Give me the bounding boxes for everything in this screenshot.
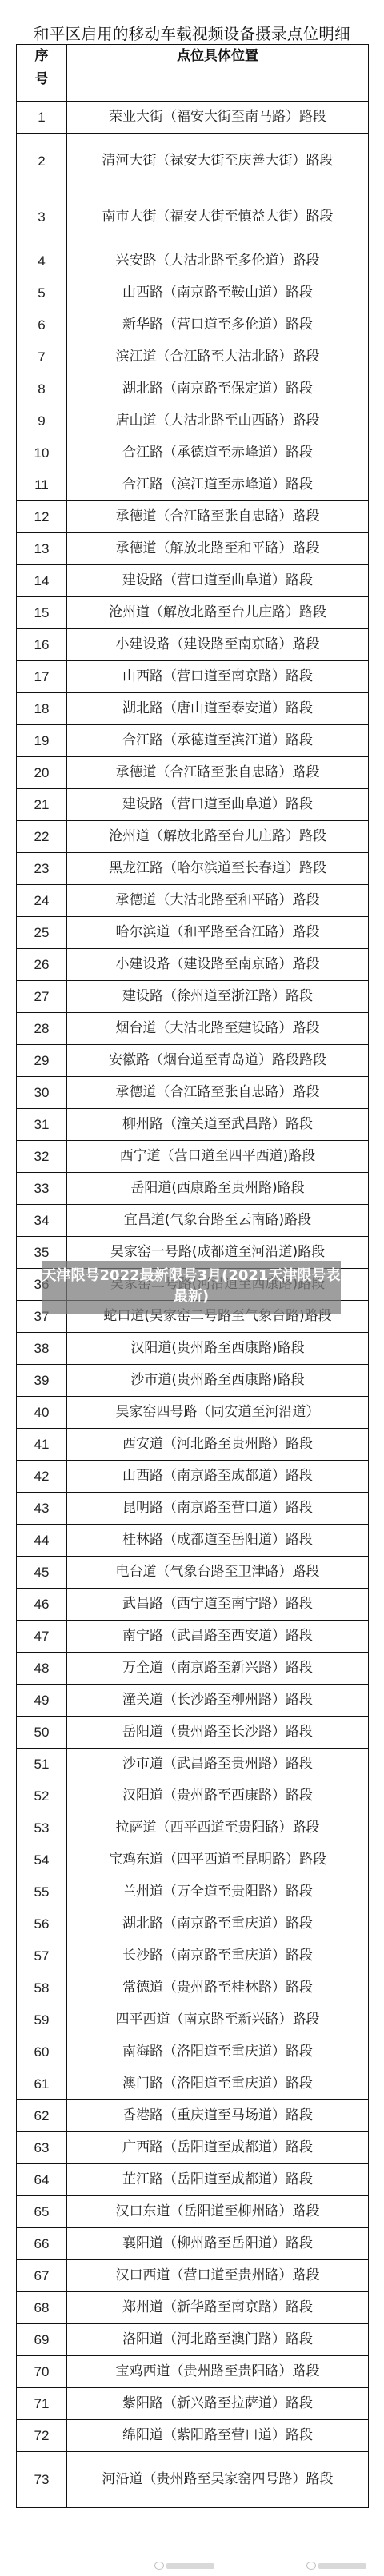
table-row: 66襄阳道（柳州路至岳阳道）路段 — [17, 2228, 369, 2260]
row-location: 建设路（营口道至曲阜道）路段 — [67, 565, 369, 597]
table-row: 63广西路（岳阳道至成都道）路段 — [17, 2132, 369, 2164]
row-location: 合江路（承德道至滨江道）路段 — [67, 725, 369, 757]
row-location: 四平西道（南京路至新兴路）路段 — [67, 2004, 369, 2036]
row-location: 西宁道（营口道至四平西道)路段 — [67, 1141, 369, 1173]
table-row: 72绵阳道（紫阳路至营口道）路段 — [17, 2420, 369, 2452]
row-number: 31 — [17, 1109, 67, 1141]
seq-header-label: 序号 — [35, 45, 49, 91]
row-number: 54 — [17, 1844, 67, 1876]
table-row: 17山西路（营口道至南京路）路段 — [17, 661, 369, 693]
row-number: 26 — [17, 949, 67, 981]
table-row: 29安徽路（烟台道至青岛道）路段路段 — [17, 1045, 369, 1077]
row-location: 合江路（滨江道至赤峰道）路段 — [67, 469, 369, 501]
table-row: 25哈尔滨道（和平路至合江路）路段 — [17, 917, 369, 949]
table-row: 13承德道（解放北路至和平路）路段 — [17, 533, 369, 565]
row-location: 沙市道(贵州路至西康路)路段 — [67, 1365, 369, 1397]
table-row: 61澳门路（洛阳道至重庆道）路段 — [17, 2068, 369, 2100]
table-row: 40吴家窑四号路（同安道至河沿道） — [17, 1397, 369, 1429]
table-row: 14建设路（营口道至曲阜道）路段 — [17, 565, 369, 597]
row-number: 45 — [17, 1557, 67, 1589]
row-number: 14 — [17, 565, 67, 597]
row-location: 湖北路（南京路至重庆道）路段 — [67, 1908, 369, 1940]
table-row: 12承德道（合江路至张自忠路）路段 — [17, 501, 369, 533]
table-row: 65汉口东道（岳阳道至柳州路）路段 — [17, 2196, 369, 2228]
row-number: 16 — [17, 629, 67, 661]
table-row: 16小建设路（建设路至南京路）路段 — [17, 629, 369, 661]
row-location: 新华路（营口道至多伦道）路段 — [67, 309, 369, 341]
table-row: 41西安道（河北路至贵州路）路段 — [17, 1429, 369, 1461]
table-row: 49潼关道（长沙路至柳州路）路段 — [17, 1685, 369, 1717]
table-row: 55兰州道（万全道至贵阳路）路段 — [17, 1876, 369, 1908]
row-location: 建设路（徐州道至浙江路）路段 — [67, 981, 369, 1013]
row-location: 山西路（南京路至成都道）路段 — [67, 1461, 369, 1493]
watermark-text-blur — [166, 2563, 214, 2569]
row-location: 承德道（大沽北路至和平路）路段 — [67, 885, 369, 917]
table-row: 50岳阳道（贵州路至长沙路）路段 — [17, 1717, 369, 1749]
row-number: 20 — [17, 757, 67, 789]
table-row: 31柳州路（潼关道至武昌路）路段 — [17, 1109, 369, 1141]
table-row: 47南宁路（武昌路至西安道）路段 — [17, 1621, 369, 1653]
row-number: 24 — [17, 885, 67, 917]
row-number: 58 — [17, 1972, 67, 2004]
table-row: 33岳阳道(西康路至贵州路)路段 — [17, 1173, 369, 1205]
row-number: 33 — [17, 1173, 67, 1205]
row-number: 12 — [17, 501, 67, 533]
table-row: 73河沿道（贵州路至吴家窑四号路）路段 — [17, 2452, 369, 2508]
row-number: 50 — [17, 1717, 67, 1749]
table-row: 24承德道（大沽北路至和平路）路段 — [17, 885, 369, 917]
row-number: 41 — [17, 1429, 67, 1461]
row-number: 25 — [17, 917, 67, 949]
row-number: 47 — [17, 1621, 67, 1653]
row-location: 岳阳道（贵州路至长沙路）路段 — [67, 1717, 369, 1749]
row-number: 62 — [17, 2100, 67, 2132]
column-header-seq: 序号 — [17, 45, 67, 102]
row-number: 2 — [17, 134, 67, 189]
row-number: 61 — [17, 2068, 67, 2100]
table-row: 4兴安路（大沽北路至多伦道）路段 — [17, 245, 369, 277]
row-number: 6 — [17, 309, 67, 341]
row-number: 28 — [17, 1013, 67, 1045]
table-row: 71紫阳路（新兴路至拉萨道）路段 — [17, 2388, 369, 2420]
table-row: 64芷江路（岳阳道至成都道）路段 — [17, 2164, 369, 2196]
table-row: 54宝鸡东道（四平西道至昆明路）路段 — [17, 1844, 369, 1876]
table-row: 67汉口西道（营口道至贵州路）路段 — [17, 2260, 369, 2292]
row-location: 洛阳道（河北路至澳门路）路段 — [67, 2324, 369, 2356]
row-location: 唐山道（大沽北路至山西路）路段 — [67, 405, 369, 437]
table-row: 22沧州道（解放北路至台儿庄路）路段 — [17, 821, 369, 853]
row-number: 70 — [17, 2356, 67, 2388]
row-location: 澳门路（洛阳道至重庆道）路段 — [67, 2068, 369, 2100]
table-row: 1荣业大街（福安大街至南马路）路段 — [17, 102, 369, 134]
row-number: 9 — [17, 405, 67, 437]
row-location: 潼关道（长沙路至柳州路）路段 — [67, 1685, 369, 1717]
row-location: 郑州道（新华路至南京路）路段 — [67, 2292, 369, 2324]
row-number: 69 — [17, 2324, 67, 2356]
row-number: 52 — [17, 1780, 67, 1812]
table-row: 58常德道（贵州路至桂林路）路段 — [17, 1972, 369, 2004]
row-number: 4 — [17, 245, 67, 277]
table-row: 42山西路（南京路至成都道）路段 — [17, 1461, 369, 1493]
row-location: 滨江道（合江路至大沽北路）路段 — [67, 341, 369, 373]
row-number: 57 — [17, 1940, 67, 1972]
row-number: 5 — [17, 277, 67, 309]
row-location: 宝鸡东道（四平西道至昆明路）路段 — [67, 1844, 369, 1876]
row-location: 宜昌道(气象台路至云南路)路段 — [67, 1205, 369, 1237]
weibo-icon — [306, 2562, 316, 2570]
row-location: 兴安路（大沽北路至多伦道）路段 — [67, 245, 369, 277]
row-location: 芷江路（岳阳道至成都道）路段 — [67, 2164, 369, 2196]
row-location: 汉阳道(贵州路至西康路)路段 — [67, 1333, 369, 1365]
row-location: 武昌路（西宁道至南宁路）路段 — [67, 1589, 369, 1621]
table-row: 23黑龙江路（哈尔滨道至长春道）路段 — [17, 853, 369, 885]
watermark-text-blur — [318, 2563, 366, 2569]
row-number: 71 — [17, 2388, 67, 2420]
row-number: 68 — [17, 2292, 67, 2324]
row-number: 63 — [17, 2132, 67, 2164]
row-location: 承德道（合江路至张自忠路）路段 — [67, 501, 369, 533]
row-number: 73 — [17, 2452, 67, 2508]
table-row: 38汉阳道(贵州路至西康路)路段 — [17, 1333, 369, 1365]
row-number: 46 — [17, 1589, 67, 1621]
row-location: 沙市道（武昌路至贵州路）路段 — [67, 1749, 369, 1780]
table-row: 39沙市道(贵州路至西康路)路段 — [17, 1365, 369, 1397]
table-row: 11合江路（滨江道至赤峰道）路段 — [17, 469, 369, 501]
row-number: 17 — [17, 661, 67, 693]
row-number: 56 — [17, 1908, 67, 1940]
row-number: 60 — [17, 2036, 67, 2068]
table-row: 28烟台道（大沽北路至建设路）路段 — [17, 1013, 369, 1045]
table-row: 46武昌路（西宁道至南宁路）路段 — [17, 1589, 369, 1621]
table-header-row: 序号 点位具体位置 — [17, 45, 369, 102]
table-row: 3南市大街（福安大街至慎益大街）路段 — [17, 189, 369, 245]
row-number: 64 — [17, 2164, 67, 2196]
row-location: 昆明路（南京路至营口道）路段 — [67, 1493, 369, 1525]
row-number: 53 — [17, 1812, 67, 1844]
row-location: 小建设路（建设路至南京路）路段 — [67, 629, 369, 661]
row-location: 紫阳路（新兴路至拉萨道）路段 — [67, 2388, 369, 2420]
row-number: 30 — [17, 1077, 67, 1109]
row-number: 43 — [17, 1493, 67, 1525]
row-number: 3 — [17, 189, 67, 245]
table-row: 15沧州道（解放北路至台儿庄路）路段 — [17, 597, 369, 629]
table-row: 6新华路（营口道至多伦道）路段 — [17, 309, 369, 341]
table-row: 2清河大街（禄安大街至庆善大街）路段 — [17, 134, 369, 189]
column-header-location: 点位具体位置 — [67, 45, 369, 102]
row-location: 安徽路（烟台道至青岛道）路段路段 — [67, 1045, 369, 1077]
row-location: 荣业大街（福安大街至南马路）路段 — [67, 102, 369, 134]
row-number: 72 — [17, 2420, 67, 2452]
row-location: 建设路（营口道至曲阜道）路段 — [67, 789, 369, 821]
table-row: 44桂林路（成都道至岳阳道）路段 — [17, 1525, 369, 1557]
row-number: 19 — [17, 725, 67, 757]
row-location: 哈尔滨道（和平路至合江路）路段 — [67, 917, 369, 949]
table-row: 53拉萨道（西平西道至贵阳路）路段 — [17, 1812, 369, 1844]
row-location: 广西路（岳阳道至成都道）路段 — [67, 2132, 369, 2164]
row-number: 55 — [17, 1876, 67, 1908]
row-number: 23 — [17, 853, 67, 885]
row-location: 承德道（合江路至张自忠路）路段 — [67, 1077, 369, 1109]
row-location: 吴家窑四号路（同安道至河沿道） — [67, 1397, 369, 1429]
row-number: 44 — [17, 1525, 67, 1557]
row-location: 电台道（气象台路至卫津路）路段 — [67, 1557, 369, 1589]
row-number: 49 — [17, 1685, 67, 1717]
row-location: 香港路（重庆道至马场道）路段 — [67, 2100, 369, 2132]
row-number: 66 — [17, 2228, 67, 2260]
row-number: 7 — [17, 341, 67, 373]
row-number: 27 — [17, 981, 67, 1013]
watermark-left — [154, 2560, 214, 2571]
row-location: 拉萨道（西平西道至贵阳路）路段 — [67, 1812, 369, 1844]
row-location: 沧州道（解放北路至台儿庄路）路段 — [67, 597, 369, 629]
row-location: 承德道（合江路至张自忠路）路段 — [67, 757, 369, 789]
row-location: 黑龙江路（哈尔滨道至长春道）路段 — [67, 853, 369, 885]
table-row: 60南海路（洛阳道至重庆道）路段 — [17, 2036, 369, 2068]
table-row: 69洛阳道（河北路至澳门路）路段 — [17, 2324, 369, 2356]
table-row: 56湖北路（南京路至重庆道）路段 — [17, 1908, 369, 1940]
row-number: 32 — [17, 1141, 67, 1173]
row-location: 绵阳道（紫阳路至营口道）路段 — [67, 2420, 369, 2452]
row-number: 65 — [17, 2196, 67, 2228]
row-number: 51 — [17, 1749, 67, 1780]
table-row: 7滨江道（合江路至大沽北路）路段 — [17, 341, 369, 373]
row-location: 汉口西道（营口道至贵州路）路段 — [67, 2260, 369, 2292]
table-row: 21建设路（营口道至曲阜道）路段 — [17, 789, 369, 821]
table-row: 51沙市道（武昌路至贵州路）路段 — [17, 1749, 369, 1780]
row-location: 宝鸡西道（贵州路至贵阳路）路段 — [67, 2356, 369, 2388]
row-location: 桂林路（成都道至岳阳道）路段 — [67, 1525, 369, 1557]
table-row: 30承德道（合江路至张自忠路）路段 — [17, 1077, 369, 1109]
table-row: 68郑州道（新华路至南京路）路段 — [17, 2292, 369, 2324]
row-location: 烟台道（大沽北路至建设路）路段 — [67, 1013, 369, 1045]
row-number: 48 — [17, 1653, 67, 1685]
table-row: 27建设路（徐州道至浙江路）路段 — [17, 981, 369, 1013]
watermark-right — [306, 2560, 366, 2571]
row-number: 18 — [17, 693, 67, 725]
row-number: 34 — [17, 1205, 67, 1237]
row-number: 59 — [17, 2004, 67, 2036]
weibo-icon — [154, 2562, 164, 2570]
row-location: 汉阳道（贵州路至西康路）路段 — [67, 1780, 369, 1812]
row-number: 40 — [17, 1397, 67, 1429]
table-row: 5山西路（南京路至鞍山道）路段 — [17, 277, 369, 309]
row-location: 小建设路（建设路至南京路）路段 — [67, 949, 369, 981]
table-row: 48万全道（南京路至新兴路）路段 — [17, 1653, 369, 1685]
row-number: 42 — [17, 1461, 67, 1493]
row-location: 湖北路（南京路至保定道）路段 — [67, 373, 369, 405]
table-row: 19合江路（承德道至滨江道）路段 — [17, 725, 369, 757]
row-location: 汉口东道（岳阳道至柳州路）路段 — [67, 2196, 369, 2228]
table-row: 52汉阳道（贵州路至西康路）路段 — [17, 1780, 369, 1812]
row-number: 29 — [17, 1045, 67, 1077]
row-number: 11 — [17, 469, 67, 501]
row-location: 沧州道（解放北路至台儿庄路）路段 — [67, 821, 369, 853]
row-number: 8 — [17, 373, 67, 405]
document-title: 和平区启用的移动车载视频设备摄录点位明细 — [0, 22, 384, 44]
row-location: 南海路（洛阳道至重庆道）路段 — [67, 2036, 369, 2068]
row-number: 13 — [17, 533, 67, 565]
row-location: 清河大街（禄安大街至庆善大街）路段 — [67, 134, 369, 189]
table-row: 70宝鸡西道（贵州路至贵阳路）路段 — [17, 2356, 369, 2388]
row-location: 西安道（河北路至贵州路）路段 — [67, 1429, 369, 1461]
table-row: 20承德道（合江路至张自忠路）路段 — [17, 757, 369, 789]
row-location: 长沙路（南京路至重庆道）路段 — [67, 1940, 369, 1972]
table-row: 45电台道（气象台路至卫津路）路段 — [17, 1557, 369, 1589]
row-location: 常德道（贵州路至桂林路）路段 — [67, 1972, 369, 2004]
row-location: 万全道（南京路至新兴路）路段 — [67, 1653, 369, 1685]
table-row: 34宜昌道(气象台路至云南路)路段 — [17, 1205, 369, 1237]
table-row: 18湖北路（唐山道至泰安道）路段 — [17, 693, 369, 725]
table-row: 8湖北路（南京路至保定道）路段 — [17, 373, 369, 405]
row-number: 22 — [17, 821, 67, 853]
row-number: 38 — [17, 1333, 67, 1365]
table-row: 10合江路（承德道至赤峰道）路段 — [17, 437, 369, 469]
row-location: 南宁路（武昌路至西安道）路段 — [67, 1621, 369, 1653]
table-row: 43昆明路（南京路至营口道）路段 — [17, 1493, 369, 1525]
row-location: 河沿道（贵州路至吴家窑四号路）路段 — [67, 2452, 369, 2508]
row-number: 10 — [17, 437, 67, 469]
table-row: 59四平西道（南京路至新兴路）路段 — [17, 2004, 369, 2036]
row-location: 襄阳道（柳州路至岳阳道）路段 — [67, 2228, 369, 2260]
row-number: 67 — [17, 2260, 67, 2292]
table-row: 26小建设路（建设路至南京路）路段 — [17, 949, 369, 981]
row-location: 南市大街（福安大街至慎益大街）路段 — [67, 189, 369, 245]
table-row: 57长沙路（南京路至重庆道）路段 — [17, 1940, 369, 1972]
row-location: 柳州路（潼关道至武昌路）路段 — [67, 1109, 369, 1141]
row-number: 1 — [17, 102, 67, 134]
row-location: 承德道（解放北路至和平路）路段 — [67, 533, 369, 565]
table-row: 32西宁道（营口道至四平西道)路段 — [17, 1141, 369, 1173]
row-location: 合江路（承德道至赤峰道）路段 — [67, 437, 369, 469]
row-location: 兰州道（万全道至贵阳路）路段 — [67, 1876, 369, 1908]
table-row: 9唐山道（大沽北路至山西路）路段 — [17, 405, 369, 437]
row-location: 山西路（营口道至南京路）路段 — [67, 661, 369, 693]
row-location: 山西路（南京路至鞍山道）路段 — [67, 277, 369, 309]
table-row: 62香港路（重庆道至马场道）路段 — [17, 2100, 369, 2132]
row-number: 21 — [17, 789, 67, 821]
row-number: 39 — [17, 1365, 67, 1397]
overlay-caption-banner: 天津限号2022最新限号3月(2021天津限号表最新) — [42, 1261, 341, 1314]
row-location: 岳阳道(西康路至贵州路)路段 — [67, 1173, 369, 1205]
row-location: 湖北路（唐山道至泰安道）路段 — [67, 693, 369, 725]
row-number: 15 — [17, 597, 67, 629]
